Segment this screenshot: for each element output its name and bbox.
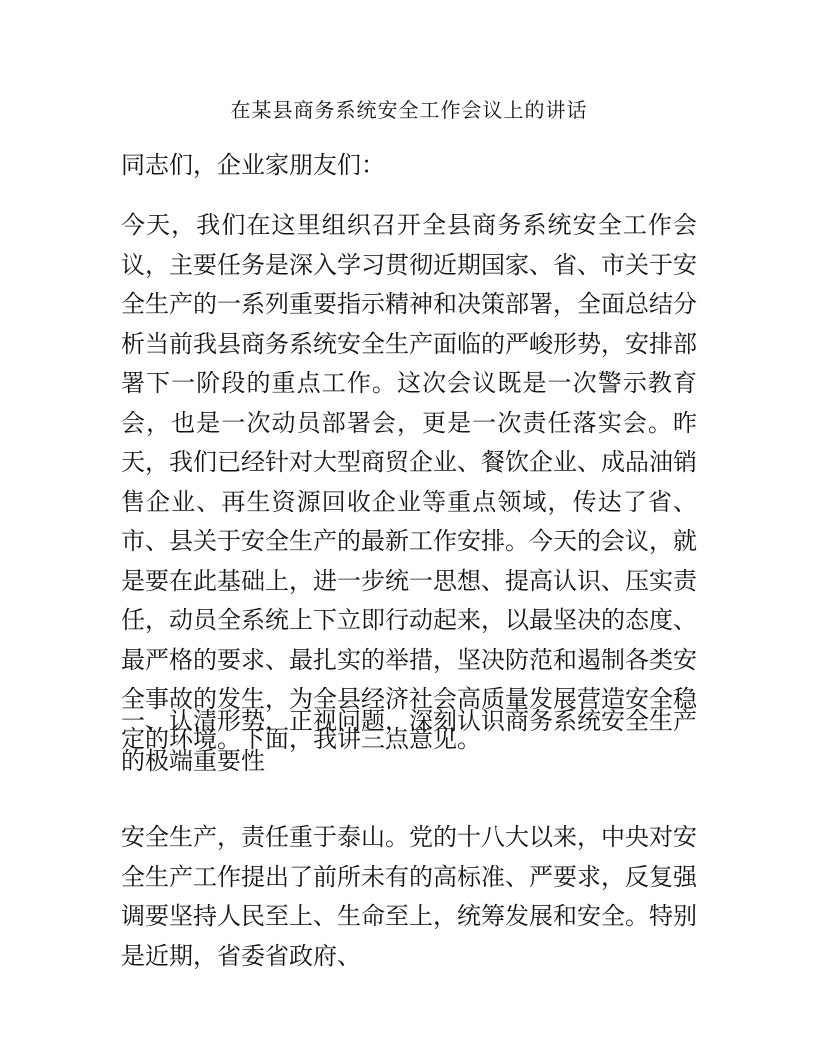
section-heading-1: 一、认清形势，正视问题，深刻认识商务系统安全生产的极端重要性 [121,702,697,781]
document-title: 在某县商务系统安全工作会议上的讲话 [121,96,697,124]
opening-paragraph: 今天，我们在这里组织召开全县商务系统安全工作会议，主要任务是深入学习贯彻近期国家… [121,206,697,759]
greeting: 同志们，企业家朋友们： [121,146,697,186]
section-1-paragraph: 安全生产，责任重于泰山。党的十八大以来，中央对安全生产工作提出了前所未有的高标准… [121,818,697,976]
